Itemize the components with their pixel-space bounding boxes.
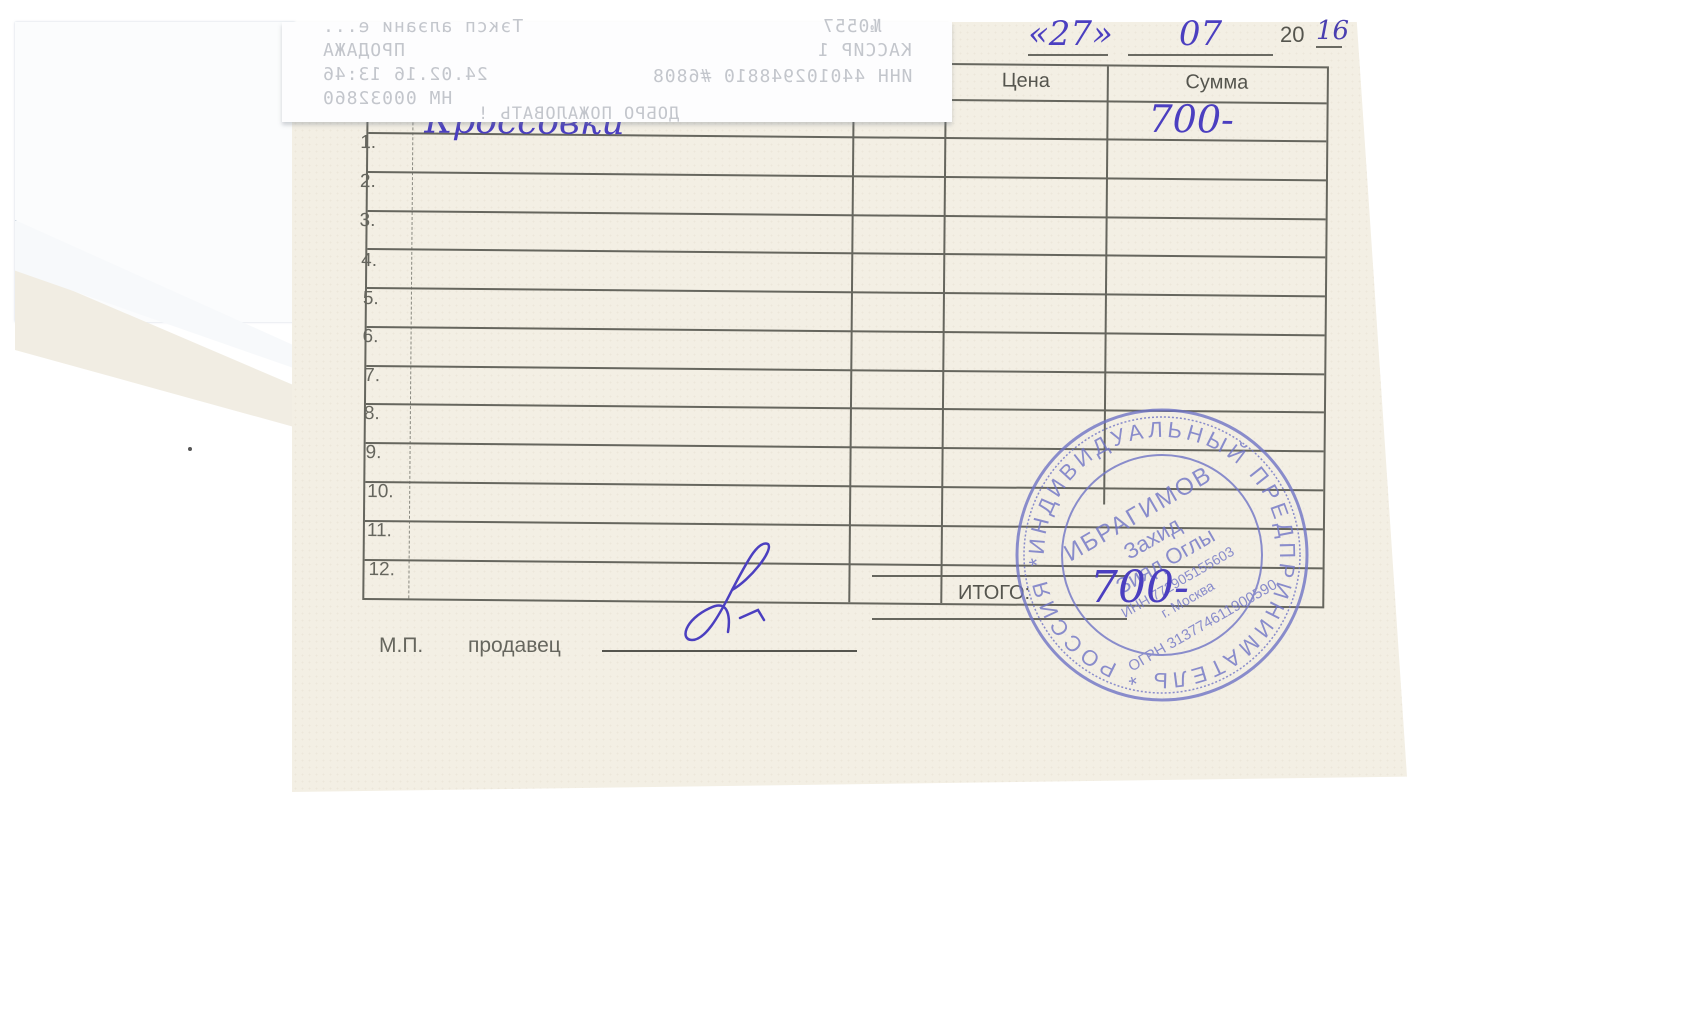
- signature-icon: [670, 540, 780, 650]
- receipt-line: №0557: [822, 16, 881, 37]
- receipt-line: ПРОДАЖА: [322, 40, 405, 61]
- speck: [188, 447, 192, 451]
- row-divider: [366, 365, 1324, 375]
- stamp-place-label: М.П.: [379, 634, 423, 658]
- date-year-prefix: 20: [1280, 22, 1304, 48]
- receipt-line: НМ 00032860: [322, 88, 452, 109]
- seller-label: продавец: [468, 634, 561, 658]
- row-number: 9.: [365, 442, 381, 464]
- row-number: 1.: [360, 132, 376, 154]
- receipt-line: ДОБРО ПОЖАЛОВАТЬ !: [477, 104, 679, 124]
- row-divider: [367, 326, 1325, 336]
- company-seal-icon: ИНДИВИДУАЛЬНЫЙ ПРЕДПРИНИМАТЕЛЬ * РОССИЯ …: [1012, 405, 1312, 705]
- header-sum: Сумма: [1107, 70, 1327, 95]
- header-price: Цена: [945, 69, 1107, 93]
- row-number: 3.: [359, 210, 375, 232]
- row-number: 5.: [363, 288, 379, 310]
- row-number: 7.: [364, 365, 380, 387]
- receipt-line: ИНН 440102948810 #6808: [652, 66, 912, 87]
- receipt-line: КАССИР 1: [817, 40, 912, 61]
- row-number: 12.: [368, 559, 395, 581]
- row-number: 8.: [364, 403, 380, 425]
- column-divider: [848, 64, 855, 602]
- row-divider: [367, 248, 1325, 258]
- column-divider: [940, 65, 947, 603]
- row-number: 11.: [367, 520, 392, 542]
- row-number: 2.: [360, 171, 376, 193]
- date-day: «27»: [1028, 14, 1108, 56]
- total-value: 700-: [1090, 562, 1189, 613]
- receipt-line: Тэксп алэани е...: [322, 16, 523, 37]
- seller-signature-line: [602, 650, 857, 652]
- row-number: 10.: [367, 481, 394, 503]
- row-number: 4.: [361, 250, 377, 272]
- date-year-suffix: 16: [1316, 16, 1342, 48]
- row-divider: [368, 210, 1326, 220]
- row-1-sum: 700-: [1148, 97, 1234, 142]
- cash-register-receipt: Тэксп алэани е... ПРОДАЖА 24.02.16 13:46…: [282, 22, 952, 122]
- column-divider: [408, 112, 413, 598]
- row-number: 6.: [362, 326, 378, 348]
- row-divider: [368, 171, 1326, 181]
- date-month: 07: [1128, 14, 1273, 56]
- receipt-line: 24.02.16 13:46: [322, 64, 488, 85]
- row-divider: [367, 287, 1325, 297]
